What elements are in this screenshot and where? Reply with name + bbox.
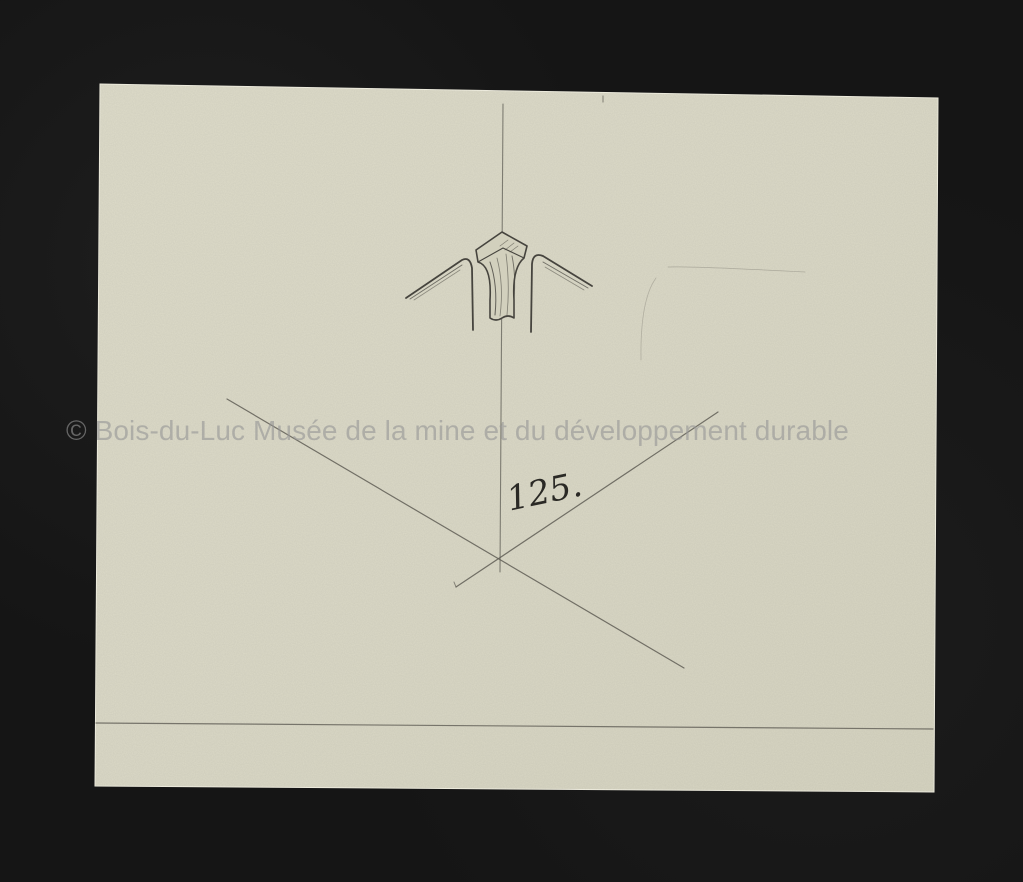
copyright-watermark: © Bois-du-Luc Musée de la mine et du dév…	[66, 413, 966, 449]
scan-background: 125. © Bois-du-Luc Musée de la mine et d…	[0, 0, 1023, 882]
